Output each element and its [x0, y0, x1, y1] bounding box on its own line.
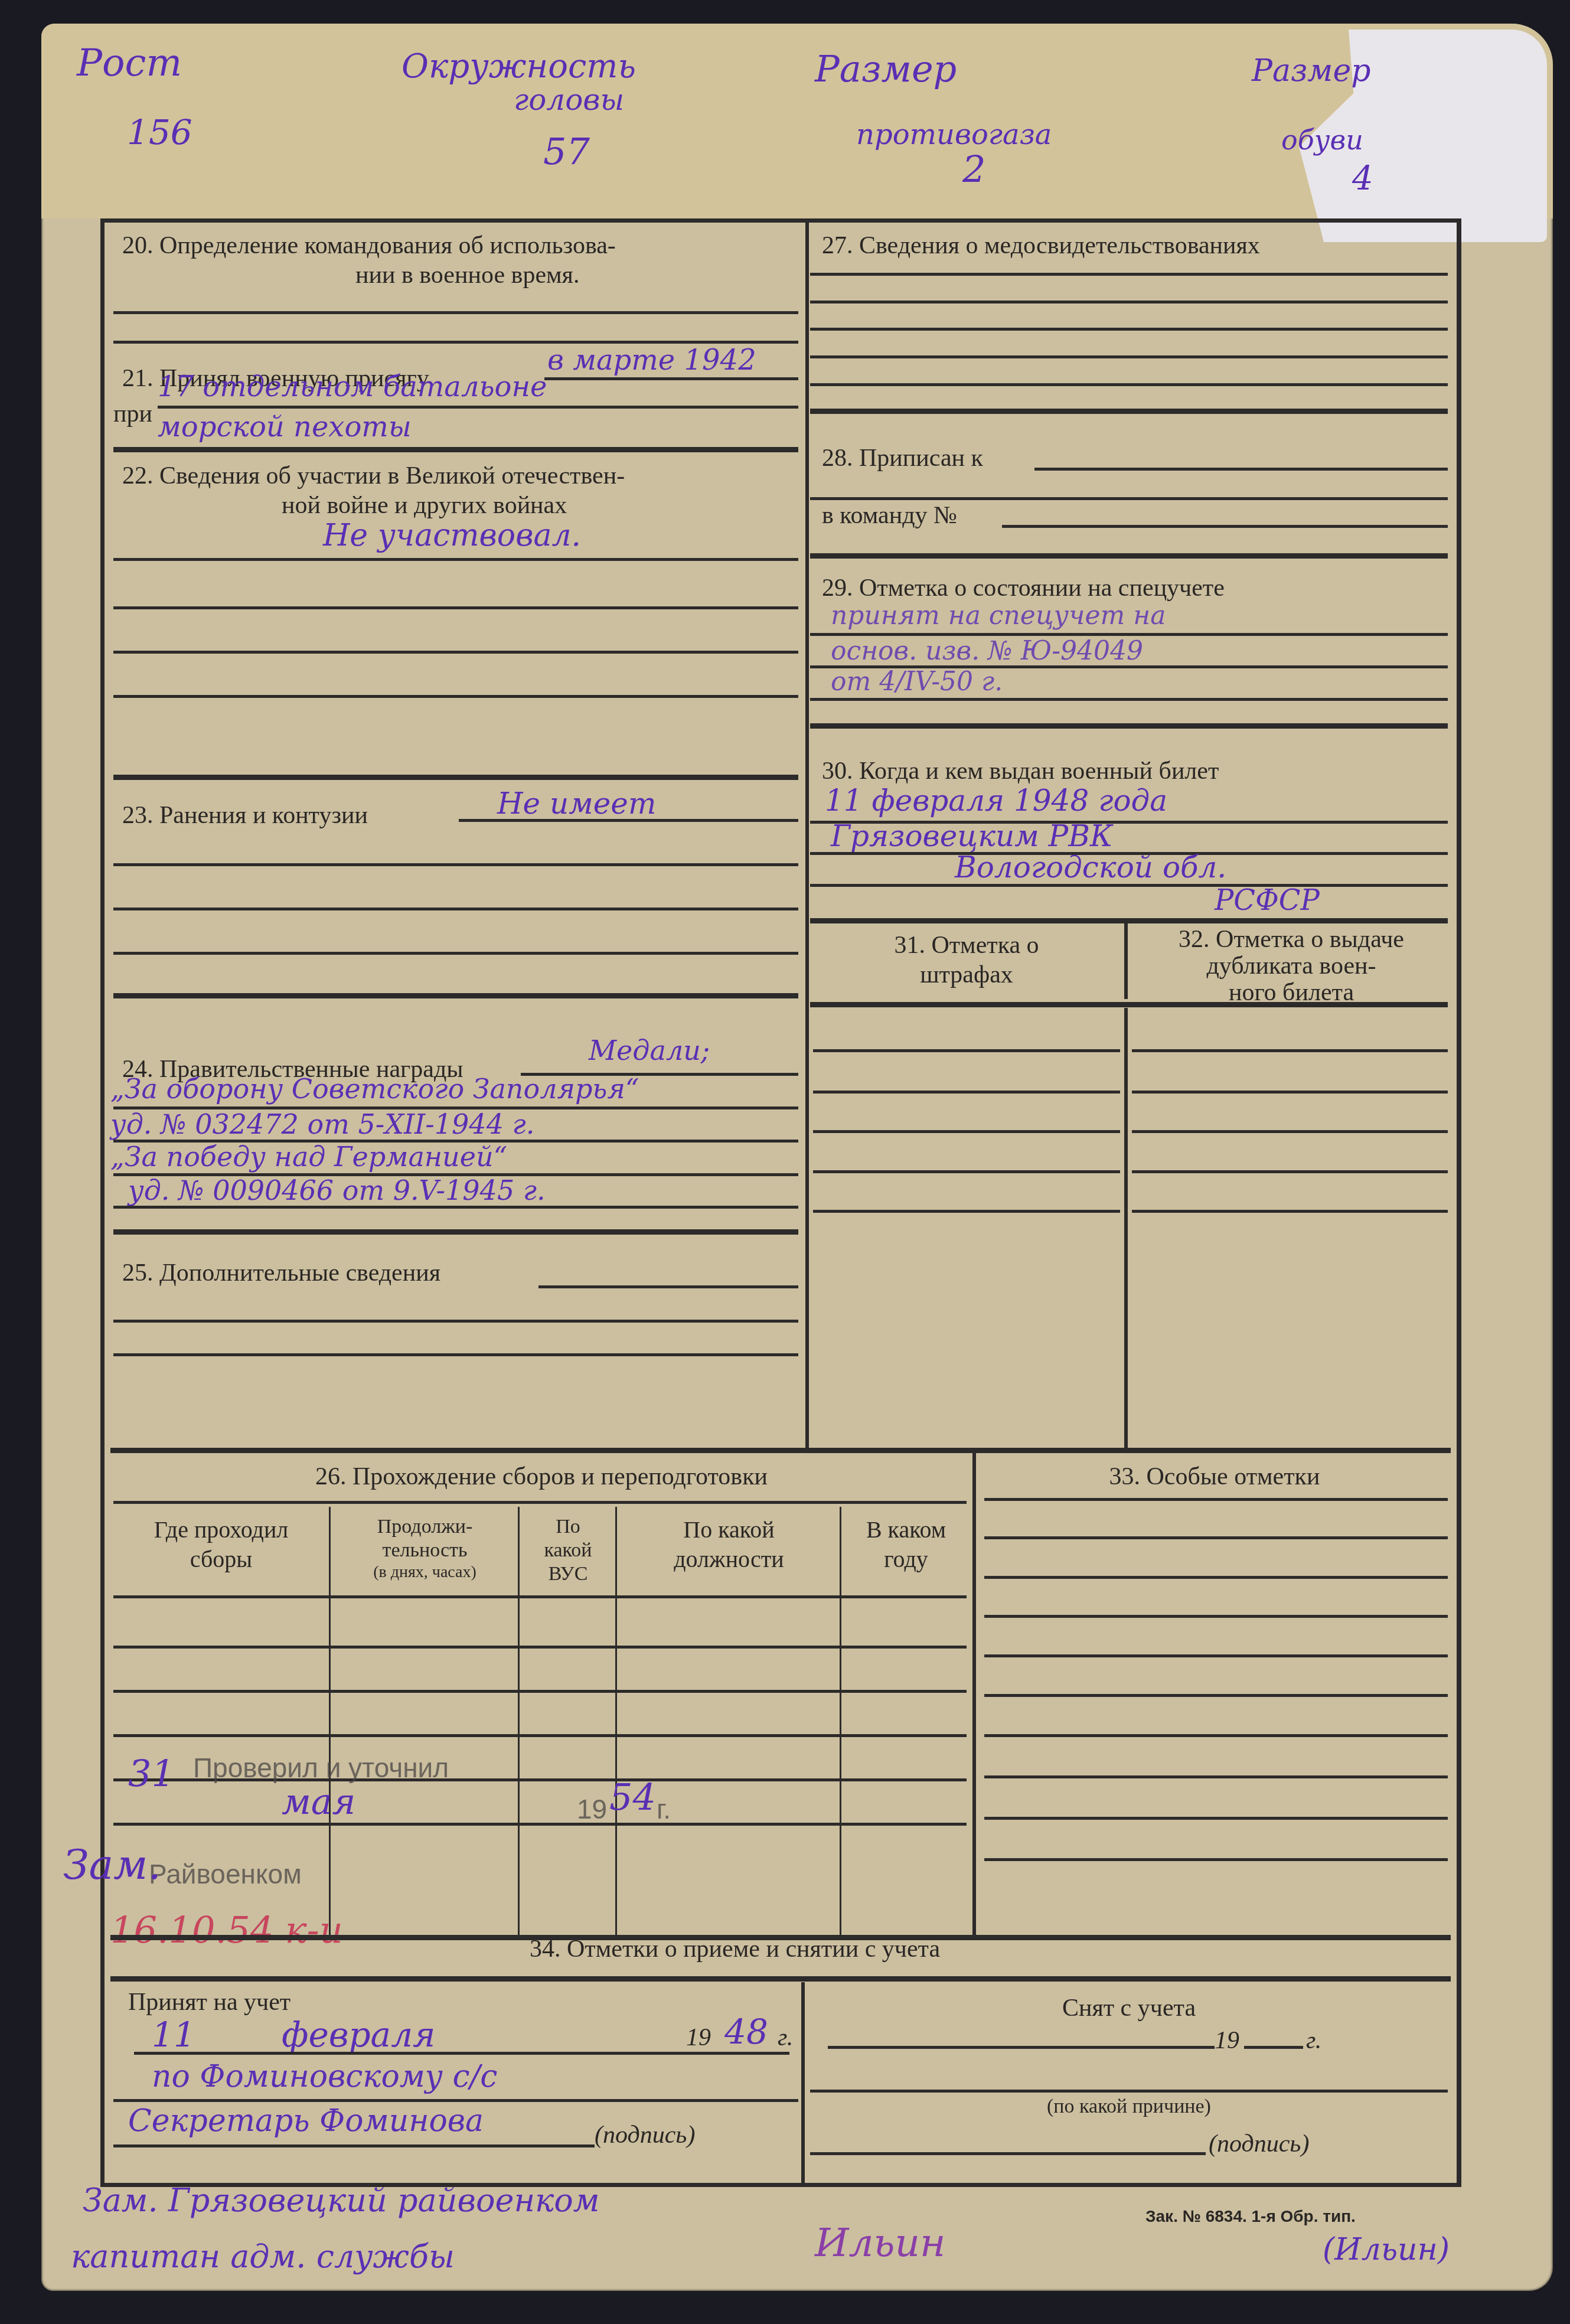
rule	[1034, 468, 1448, 471]
rule	[810, 723, 1448, 729]
s29-label: 29. Отметка о состоянии на спецучете	[822, 574, 1225, 602]
s26-col-vus-3: ВУС	[521, 1563, 615, 1585]
rule	[984, 1576, 1448, 1579]
accepted-by: по Фоминовскому с/с	[152, 2059, 497, 2094]
rule	[813, 1049, 1120, 1052]
gasmask-value: 2	[962, 148, 985, 191]
rule	[134, 2052, 789, 2055]
rule	[113, 1353, 798, 1356]
s31-label: 31. Отметка о	[813, 931, 1120, 959]
rule	[459, 819, 798, 822]
removed-date-line	[828, 2046, 1215, 2049]
accepted-year-prefix: 19	[686, 2023, 711, 2052]
col-divider	[518, 1507, 520, 1938]
rule	[810, 355, 1448, 358]
s24-line-2: уд. № 032472 от 5-XII-1944 г.	[110, 1108, 534, 1140]
shoe-label-2: обуви	[1281, 124, 1363, 156]
rule	[810, 409, 1448, 414]
s22-label: 22. Сведения об участии в Великой отечес…	[122, 462, 625, 490]
accepted-signature: Секретарь Фоминова	[128, 2103, 484, 2139]
rule	[113, 695, 798, 698]
s27-label: 27. Сведения о медосвидетельствованиях	[822, 231, 1260, 260]
rule	[984, 1734, 1448, 1737]
table-row	[113, 1690, 967, 1693]
verified-year-suffix: г.	[657, 1793, 671, 1825]
accepted-month: февраля	[282, 2015, 436, 2055]
accepted-year: 48	[724, 2012, 768, 2052]
rule	[113, 558, 798, 561]
raivoenkom-stamp: Райвоенком	[149, 1858, 302, 1890]
footer-title-line1: Зам. Грязовецкий райвоенком	[83, 2182, 600, 2219]
rule	[110, 1976, 1451, 1982]
rule	[158, 406, 798, 409]
rule	[813, 1130, 1120, 1133]
form-grid: 20. Определение командования об использо…	[100, 218, 1461, 2187]
removed-sign-label: (подпись)	[1209, 2130, 1309, 2158]
rule	[110, 1448, 1451, 1453]
accepted-day: 11	[152, 2015, 195, 2055]
height-label: Рост	[77, 41, 182, 85]
verified-day: 31	[128, 1752, 175, 1795]
accepted-label: Принят на учет	[128, 1988, 291, 2016]
table-row	[113, 1646, 967, 1649]
commander-signature: Ильин	[815, 2220, 946, 2266]
red-note: 16.10.54 к-и	[110, 1908, 343, 1951]
s21-pri: при	[113, 400, 152, 428]
height-value: 156	[127, 112, 192, 152]
removed-year-prefix: 19	[1215, 2026, 1239, 2055]
rule	[984, 1694, 1448, 1697]
rule	[538, 1285, 798, 1288]
rule	[984, 1536, 1448, 1539]
s26-col-position-2: должности	[618, 1545, 840, 1573]
accepted-sign-label: (подпись)	[595, 2121, 695, 2149]
s26-col-vus: По	[521, 1516, 615, 1538]
col-divider	[615, 1507, 617, 1938]
s26-col-vus-2: какой	[521, 1539, 615, 1562]
deputy-note: Зам.	[63, 1840, 161, 1889]
s20-label-2: нии в военное время.	[355, 261, 579, 289]
rule	[1132, 1091, 1448, 1094]
rule	[810, 273, 1448, 276]
rule	[984, 1498, 1448, 1501]
s23-label: 23. Ранения и контузии	[122, 801, 368, 830]
rule	[113, 1229, 798, 1235]
shoe-value: 4	[1352, 159, 1373, 198]
rule	[813, 1210, 1120, 1213]
rule	[984, 1858, 1448, 1861]
s30-line-3: РСФСР	[1215, 884, 1320, 917]
s30-label: 30. Когда и кем выдан военный билет	[822, 757, 1219, 785]
rule	[113, 1320, 798, 1323]
s21-unit-2: морской пехоты	[158, 410, 412, 443]
rule	[113, 311, 798, 314]
rule	[810, 497, 1448, 500]
s26-s33-divider	[972, 1451, 976, 1935]
s26-title: 26. Прохождение сборов и переподготовки	[113, 1463, 970, 1491]
rule	[810, 328, 1448, 331]
shoe-label: Размер	[1252, 53, 1371, 89]
rule	[810, 301, 1448, 303]
col-divider	[840, 1507, 841, 1938]
rule	[813, 1091, 1120, 1094]
rule	[810, 2090, 1448, 2093]
s31-s32-divider-lower	[1124, 1008, 1128, 1451]
s24-line-4: уд. № 0090466 от 9.V-1945 г.	[128, 1174, 546, 1206]
rule	[113, 606, 798, 609]
s26-col-year-2: году	[843, 1545, 970, 1573]
s26-col-where-2: сборы	[113, 1545, 329, 1573]
rule	[810, 698, 1448, 701]
rule	[113, 908, 798, 910]
rule	[810, 383, 1448, 386]
s34-title: 34. Отметки о приеме и снятии с учета	[530, 1935, 940, 1963]
rule	[113, 775, 798, 780]
s26-col-duration-2: тельность	[332, 1539, 518, 1562]
rule	[113, 863, 798, 866]
s24-line-0: Медали;	[589, 1034, 710, 1066]
s24-line-3: „За победу над Германией“	[110, 1141, 507, 1173]
s21-date: в марте 1942	[547, 344, 756, 377]
s31-label-2: штрафах	[813, 961, 1120, 989]
s26-col-duration: Продолжи-	[332, 1516, 518, 1538]
rule	[810, 884, 1448, 887]
rule	[113, 2099, 798, 2102]
verified-year-prefix: 19	[577, 1793, 607, 1825]
rule	[113, 1501, 967, 1504]
commander-name: (Ильин)	[1323, 2232, 1450, 2267]
removed-year-suffix: г.	[1306, 2026, 1321, 2055]
rule	[984, 1817, 1448, 1820]
rule	[113, 1595, 967, 1598]
s28-label-2: в команду №	[822, 501, 957, 530]
s21-unit: 17 отдельном батальоне	[158, 370, 547, 403]
rule	[113, 1206, 798, 1209]
rule	[113, 993, 798, 998]
rule	[1132, 1170, 1448, 1173]
rule	[984, 1615, 1448, 1618]
s28-label: 28. Приписан к	[822, 444, 983, 472]
rule	[813, 1170, 1120, 1173]
s29-line-0: принят на спецучет на	[831, 600, 1166, 631]
s22-value: Не участвовал.	[323, 518, 581, 553]
col-divider	[329, 1507, 331, 1938]
rule	[113, 447, 798, 452]
center-divider	[805, 223, 809, 1451]
gasmask-label-2: противогаза	[856, 118, 1052, 151]
rule	[113, 952, 798, 955]
s26-col-duration-3: (в днях, часах)	[332, 1563, 518, 1582]
rule	[810, 1002, 1448, 1007]
s30-line-2: Вологодской обл.	[955, 850, 1226, 884]
s26-col-position: По какой	[618, 1516, 840, 1543]
rule	[810, 918, 1448, 923]
s31-s32-divider	[1124, 922, 1128, 999]
rule	[544, 377, 798, 380]
head-value: 57	[543, 130, 590, 173]
s30-line-0: 11 февраля 1948 года	[825, 784, 1167, 818]
rule	[984, 1775, 1448, 1778]
s20-label: 20. Определение командования об использо…	[122, 231, 616, 260]
s24-line-1: „За оборону Советского Заполярья“	[110, 1073, 639, 1105]
s29-line-2: от 4/IV-50 г.	[831, 667, 1003, 697]
removed-year-line	[1244, 2046, 1303, 2049]
print-note: Зак. № 6834. 1-я Обр. тип.	[1145, 2207, 1356, 2226]
s32-label: 32. Отметка о выдаче	[1132, 925, 1451, 954]
removed-label: Снят с учета	[807, 1994, 1451, 2022]
s26-col-where: Где проходил	[113, 1516, 329, 1543]
table-row	[113, 1823, 967, 1826]
footer-title-line2: капитан адм. службы	[71, 2238, 455, 2275]
s34-divider	[801, 1982, 805, 2186]
head-label: Окружность	[402, 47, 636, 86]
s25-label: 25. Дополнительные сведения	[122, 1259, 440, 1287]
removed-reason-label: (по какой причине)	[807, 2095, 1451, 2118]
s22-label-2: ной войне и других войнах	[282, 491, 567, 520]
s32-label-2: дубликата воен-	[1132, 952, 1451, 980]
verified-year: 54	[609, 1775, 656, 1819]
s33-title: 33. Особые отметки	[978, 1463, 1451, 1491]
s29-line-1: основ. изв. № Ю-94049	[831, 636, 1143, 666]
table-row	[113, 1734, 967, 1737]
s30-line-1: Грязовецким РВК	[831, 819, 1113, 853]
rule	[1132, 1130, 1448, 1133]
rule	[1002, 525, 1448, 528]
rule	[810, 553, 1448, 559]
verified-stamp: Проверил и уточнил	[193, 1752, 449, 1784]
s23-value: Не имеет	[497, 786, 656, 821]
accepted-year-suffix: г.	[778, 2023, 793, 2052]
head-label-2: головы	[514, 83, 624, 117]
rule	[1132, 1210, 1448, 1213]
gasmask-label: Размер	[815, 47, 957, 90]
rule	[113, 2145, 595, 2147]
s26-col-year: В каком	[843, 1516, 970, 1543]
rule	[810, 2152, 1206, 2155]
rule	[984, 1654, 1448, 1657]
rule	[1132, 1049, 1448, 1052]
rule	[113, 651, 798, 654]
verified-month: мая	[282, 1781, 355, 1823]
